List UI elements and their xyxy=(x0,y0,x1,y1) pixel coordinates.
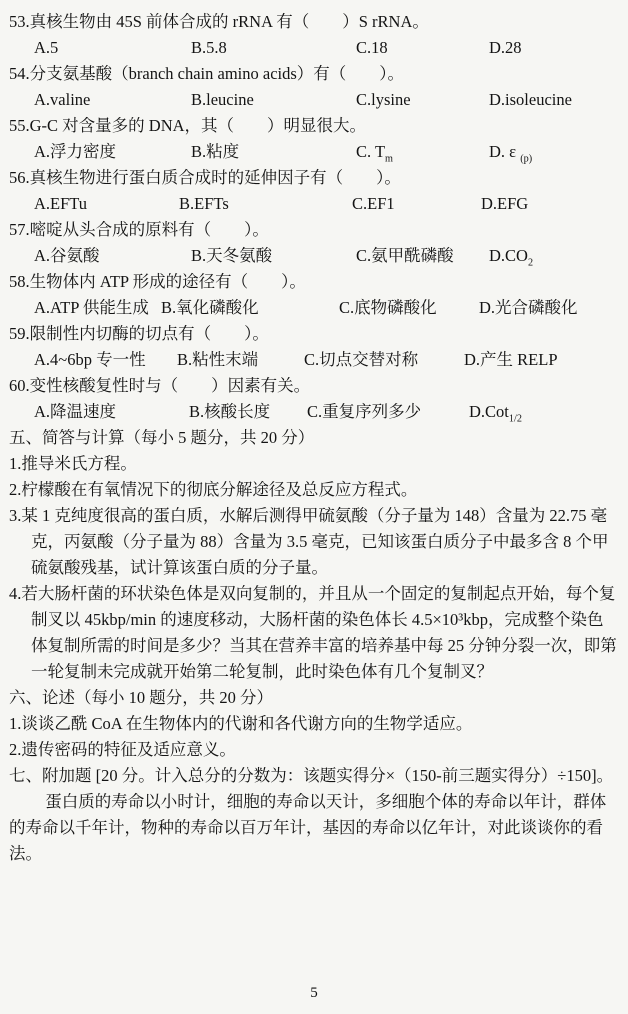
option-56-c: C.EF1 xyxy=(352,191,481,217)
question-55: 55.G-C 对含量多的 DNA，其（ ）明显很大。 xyxy=(9,113,619,139)
option-58-b: B.氧化磷酸化 xyxy=(161,295,339,321)
option-60-c: C.重复序列多少 xyxy=(307,399,469,425)
option-58-d: D.光合磷酸化 xyxy=(479,295,619,321)
question-57-text: 57.嘧啶从头合成的原料有（ ）。 xyxy=(9,220,269,239)
question-58: 58.生物体内 ATP 形成的途径有（ ）。 xyxy=(9,269,619,295)
option-59-a: A.4~6bp 专一性 xyxy=(34,347,177,373)
option-54-a: A.valine xyxy=(34,87,191,113)
option-54-b: B.leucine xyxy=(191,87,356,113)
question-56: 56.真核生物进行蛋白质合成时的延伸因子有（ ）。 xyxy=(9,165,619,191)
section-6-heading: 六、论述（每小 10 题分，共 20 分） xyxy=(9,685,619,711)
option-53-d: D.28 xyxy=(489,35,619,61)
option-55-c: C. Tm xyxy=(356,139,489,165)
option-57-d: D.CO2 xyxy=(489,243,619,269)
question-53-options: A.5 B.5.8 C.18 D.28 xyxy=(9,35,619,61)
section-7-body: 蛋白质的寿命以小时计，细胞的寿命以天计，多细胞个体的寿命以年计，群体的寿命以千年… xyxy=(9,789,619,867)
question-57-options: A.谷氨酸 B.天冬氨酸 C.氨甲酰磷酸 D.CO2 xyxy=(9,243,619,269)
option-58-c: C.底物磷酸化 xyxy=(339,295,479,321)
option-59-b: B.粘性末端 xyxy=(177,347,304,373)
option-60-a: A.降温速度 xyxy=(34,399,189,425)
section-5-item-1: 1.推导米氏方程。 xyxy=(9,451,619,477)
question-60-options: A.降温速度 B.核酸长度 C.重复序列多少 D.Cot1/2 xyxy=(9,399,619,425)
question-60: 60.变性核酸复性时与（ ）因素有关。 xyxy=(9,373,619,399)
option-56-b: B.EFTs xyxy=(179,191,352,217)
question-54-options: A.valine B.leucine C.lysine D.isoleucine xyxy=(9,87,619,113)
option-56-a: A.EFTu xyxy=(34,191,179,217)
section-5-item-3: 3.某 1 克纯度很高的蛋白质，水解后测得甲硫氨酸（分子量为 148）含量为 2… xyxy=(9,503,619,581)
question-58-options: A.ATP 供能生成 B.氧化磷酸化 C.底物磷酸化 D.光合磷酸化 xyxy=(9,295,619,321)
option-57-c: C.氨甲酰磷酸 xyxy=(356,243,489,269)
section-6-item-1: 1.谈谈乙酰 CoA 在生物体内的代谢和各代谢方向的生物学适应。 xyxy=(9,711,619,737)
option-55-b: B.粘度 xyxy=(191,139,356,165)
question-55-options: A.浮力密度 B.粘度 C. Tm D. ε (p) xyxy=(9,139,619,165)
option-53-b: B.5.8 xyxy=(191,35,356,61)
section-6-item-2: 2.遗传密码的特征及适应意义。 xyxy=(9,737,619,763)
option-54-d: D.isoleucine xyxy=(489,87,619,113)
option-60-b: B.核酸长度 xyxy=(189,399,307,425)
option-55-d: D. ε (p) xyxy=(489,139,619,165)
exam-page: 53.真核生物由 45S 前体合成的 rRNA 有（ ）S rRNA。 A.5 … xyxy=(0,0,628,867)
question-60-text: 60.变性核酸复性时与（ ）因素有关。 xyxy=(9,376,310,395)
question-56-options: A.EFTu B.EFTs C.EF1 D.EFG xyxy=(9,191,619,217)
question-57: 57.嘧啶从头合成的原料有（ ）。 xyxy=(9,217,619,243)
section-5-heading: 五、简答与计算（每小 5 题分，共 20 分） xyxy=(9,425,619,451)
option-55-a: A.浮力密度 xyxy=(34,139,191,165)
question-55-text: 55.G-C 对含量多的 DNA，其（ ）明显很大。 xyxy=(9,116,366,135)
option-58-a: A.ATP 供能生成 xyxy=(34,295,161,321)
option-59-d: D.产生 RELP xyxy=(464,347,619,373)
option-59-c: C.切点交替对称 xyxy=(304,347,464,373)
question-54-text: 54.分支氨基酸（branch chain amino acids）有（ ）。 xyxy=(9,64,404,83)
option-60-d: D.Cot1/2 xyxy=(469,399,619,425)
question-58-text: 58.生物体内 ATP 形成的途径有（ ）。 xyxy=(9,272,306,291)
question-59-options: A.4~6bp 专一性 B.粘性末端 C.切点交替对称 D.产生 RELP xyxy=(9,347,619,373)
option-53-a: A.5 xyxy=(34,35,191,61)
section-5-item-4: 4.若大肠杆菌的环状染色体是双向复制的，并且从一个固定的复制起点开始，每个复制叉… xyxy=(9,581,619,685)
question-54: 54.分支氨基酸（branch chain amino acids）有（ ）。 xyxy=(9,61,619,87)
page-number: 5 xyxy=(0,985,628,1002)
option-53-c: C.18 xyxy=(356,35,489,61)
question-59: 59.限制性内切酶的切点有（ ）。 xyxy=(9,321,619,347)
option-57-b: B.天冬氨酸 xyxy=(191,243,356,269)
option-57-a: A.谷氨酸 xyxy=(34,243,191,269)
option-54-c: C.lysine xyxy=(356,87,489,113)
section-5-item-2: 2.柠檬酸在有氧情况下的彻底分解途径及总反应方程式。 xyxy=(9,477,619,503)
question-59-text: 59.限制性内切酶的切点有（ ）。 xyxy=(9,324,269,343)
question-56-text: 56.真核生物进行蛋白质合成时的延伸因子有（ ）。 xyxy=(9,168,401,187)
option-56-d: D.EFG xyxy=(481,191,619,217)
question-53-text: 53.真核生物由 45S 前体合成的 rRNA 有（ ）S rRNA。 xyxy=(9,12,429,31)
question-53: 53.真核生物由 45S 前体合成的 rRNA 有（ ）S rRNA。 xyxy=(9,9,619,35)
section-7-heading: 七、附加题 [20 分。计入总分的分数为：该题实得分×（150-前三题实得分）÷… xyxy=(9,763,619,789)
